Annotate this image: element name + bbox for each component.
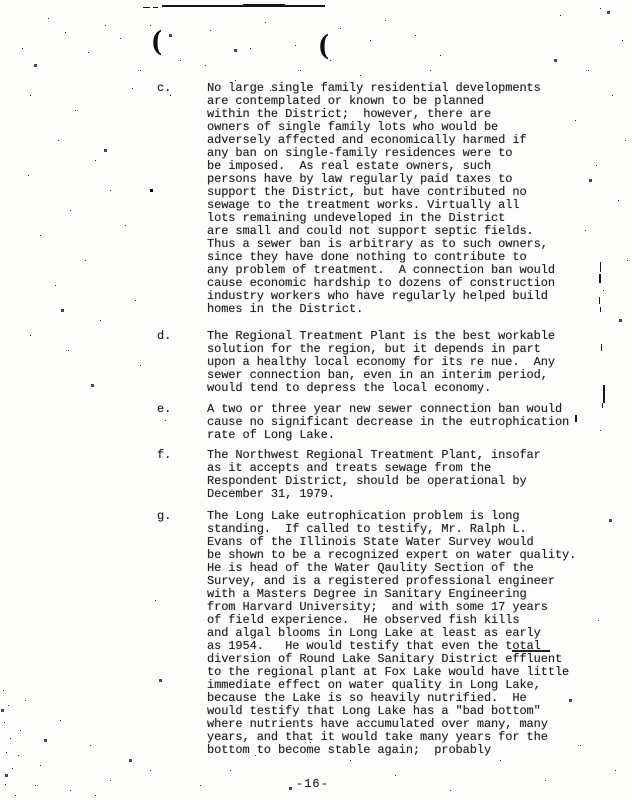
- paragraph-c: c. No large single family residential de…: [157, 82, 597, 316]
- left-paren-mark: (: [151, 25, 162, 58]
- document-body: c. No large single family residential de…: [157, 82, 597, 757]
- paragraph-text: No large single family residential devel…: [207, 82, 555, 316]
- scan-line-fragment: [143, 7, 150, 8]
- paragraph-text: The Regional Treatment Plant is the best…: [207, 330, 555, 395]
- margin-scratch-mark: [600, 262, 601, 272]
- margin-scratch-mark: [599, 274, 601, 283]
- scan-noise: [0, 0, 1, 1]
- paragraph-label: e.: [157, 403, 207, 416]
- paragraph-g: g. The Long Lake eutrophication problem …: [157, 510, 597, 757]
- ink-blob-mark: [150, 189, 153, 192]
- margin-scratch-mark: [575, 415, 577, 422]
- paragraph-text: The Northwest Regional Treatment Plant, …: [207, 449, 541, 501]
- paragraph-label: c.: [157, 82, 207, 95]
- underline-total-mark: [512, 650, 550, 652]
- scan-line-fragment: [153, 7, 158, 8]
- paragraph-label: g.: [157, 510, 207, 523]
- margin-scratch-mark: [601, 344, 602, 351]
- margin-scratch-mark: [600, 307, 601, 312]
- margin-scratch-mark: [603, 385, 605, 403]
- margin-scratch-mark: [602, 403, 603, 408]
- paragraph-text: The Long Lake eutrophication problem is …: [207, 510, 576, 757]
- paragraph-f: f. The Northwest Regional Treatment Plan…: [157, 449, 597, 501]
- paragraph-text: A two or three year new sewer connection…: [207, 403, 569, 442]
- page-number: -16-: [296, 777, 329, 791]
- paragraph-label: d.: [157, 330, 207, 343]
- margin-scratch-mark: [599, 297, 600, 304]
- scanned-document-page: ( ( c. No large single family residentia…: [0, 0, 632, 800]
- scan-line-fragment: [243, 4, 285, 7]
- paragraph-label: f.: [157, 449, 207, 462]
- paragraph-d: d. The Regional Treatment Plant is the b…: [157, 330, 597, 395]
- paragraph-e: e. A two or three year new sewer connect…: [157, 403, 597, 442]
- right-paren-mark: (: [318, 29, 329, 62]
